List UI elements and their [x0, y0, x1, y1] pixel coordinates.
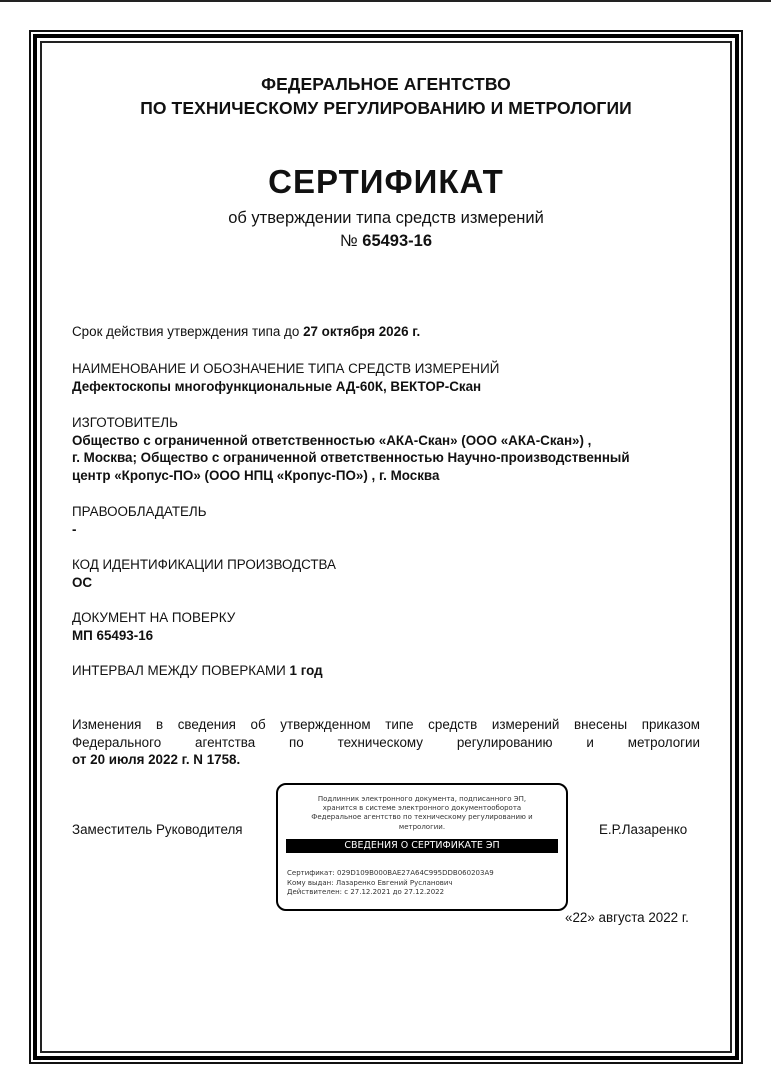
changes-order-reference: от 20 июля 2022 г. N 1758. — [72, 752, 240, 767]
section-label: КОД ИДЕНТИФИКАЦИИ ПРОИЗВОДСТВА — [72, 556, 700, 574]
section-value-line: г. Москва; Общество с ограниченной ответ… — [72, 449, 700, 467]
stamp-note-line: Подлинник электронного документа, подпис… — [288, 795, 556, 804]
stamp-valid-value: с 27.12.2021 до 27.12.2022 — [344, 888, 444, 896]
section-production-code: КОД ИДЕНТИФИКАЦИИ ПРОИЗВОДСТВА ОС — [72, 556, 700, 591]
section-value: - — [72, 521, 700, 539]
agency-line-1: ФЕДЕРАЛЬНОЕ АГЕНТСТВО — [42, 72, 730, 96]
stamp-certificate-value: 029D109B000BAE27A64C995DDB060203A9 — [337, 869, 494, 877]
section-value: ОС — [72, 574, 700, 592]
stamp-issued-to-row: Кому выдан: Лазаренко Евгений Русланович — [287, 879, 494, 889]
stamp-details: Сертификат: 029D109B000BAE27A64C995DDB06… — [287, 869, 494, 898]
stamp-issued-to-value: Лазаренко Евгений Русланович — [336, 879, 453, 887]
stamp-note-line: Федеральное агентство по техническому ре… — [288, 813, 556, 822]
section-verification-document: ДОКУМЕНТ НА ПОВЕРКУ МП 65493-16 — [72, 609, 700, 644]
section-value: 1 год — [290, 663, 323, 678]
issue-date: «22» августа 2022 г. — [565, 910, 689, 925]
section-label: НАИМЕНОВАНИЕ И ОБОЗНАЧЕНИЕ ТИПА СРЕДСТВ … — [72, 360, 700, 378]
agency-line-2: ПО ТЕХНИЧЕСКОМУ РЕГУЛИРОВАНИЮ И МЕТРОЛОГ… — [42, 96, 730, 120]
section-label: ПРАВООБЛАДАТЕЛЬ — [72, 503, 700, 521]
changes-paragraph: Изменения в сведения об утвержденном тип… — [72, 716, 700, 769]
section-label: ИНТЕРВАЛ МЕЖДУ ПОВЕРКАМИ — [72, 663, 286, 678]
changes-line-1: Изменения в сведения об утвержденном тип… — [72, 716, 700, 734]
electronic-signature-stamp: Подлинник электронного документа, подпис… — [276, 783, 568, 911]
number-value: 65493-16 — [362, 232, 432, 250]
stamp-issued-to-label: Кому выдан: — [287, 879, 334, 887]
validity-label: Срок действия утверждения типа до — [72, 324, 299, 339]
stamp-title-bar: СВЕДЕНИЯ О СЕРТИФИКАТЕ ЭП — [286, 839, 558, 853]
section-label: ИЗГОТОВИТЕЛЬ — [72, 414, 700, 432]
section-verification-interval: ИНТЕРВАЛ МЕЖДУ ПОВЕРКАМИ 1 год — [72, 662, 700, 680]
section-type-name: НАИМЕНОВАНИЕ И ОБОЗНАЧЕНИЕ ТИПА СРЕДСТВ … — [72, 360, 700, 395]
changes-line-2: Федерального агентства по техническому р… — [72, 734, 700, 752]
section-value-line: Общество с ограниченной ответственностью… — [72, 432, 700, 450]
certificate-number: № 65493-16 — [42, 232, 730, 251]
top-edge-line — [0, 0, 771, 2]
signatory-position: Заместитель Руководителя — [72, 822, 243, 837]
section-manufacturer: ИЗГОТОВИТЕЛЬ Общество с ограниченной отв… — [72, 414, 700, 484]
signer-name: Е.Р.Лазаренко — [599, 822, 687, 837]
certificate-title: СЕРТИФИКАТ — [42, 163, 730, 201]
stamp-certificate-label: Сертификат: — [287, 869, 335, 877]
stamp-note-line: метрологии. — [288, 823, 556, 832]
section-rights-holder: ПРАВООБЛАДАТЕЛЬ - — [72, 503, 700, 538]
stamp-valid-row: Действителен: с 27.12.2021 до 27.12.2022 — [287, 888, 494, 898]
validity-line: Срок действия утверждения типа до 27 окт… — [72, 323, 700, 341]
number-sign: № — [340, 232, 358, 250]
agency-heading: ФЕДЕРАЛЬНОЕ АГЕНТСТВО ПО ТЕХНИЧЕСКОМУ РЕ… — [42, 72, 730, 120]
section-value: МП 65493-16 — [72, 627, 700, 645]
stamp-note: Подлинник электронного документа, подпис… — [288, 795, 556, 832]
stamp-valid-label: Действителен: — [287, 888, 342, 896]
stamp-note-line: хранится в системе электронного документ… — [288, 804, 556, 813]
validity-date: 27 октября 2026 г. — [303, 324, 420, 339]
certificate-subtitle: об утверждении типа средств измерений — [42, 209, 730, 228]
stamp-certificate-row: Сертификат: 029D109B000BAE27A64C995DDB06… — [287, 869, 494, 879]
section-label: ДОКУМЕНТ НА ПОВЕРКУ — [72, 609, 700, 627]
section-value: Дефектоскопы многофункциональные АД-60К,… — [72, 378, 700, 396]
section-value-line: центр «Кропус-ПО» (ООО НПЦ «Кропус-ПО») … — [72, 467, 700, 485]
